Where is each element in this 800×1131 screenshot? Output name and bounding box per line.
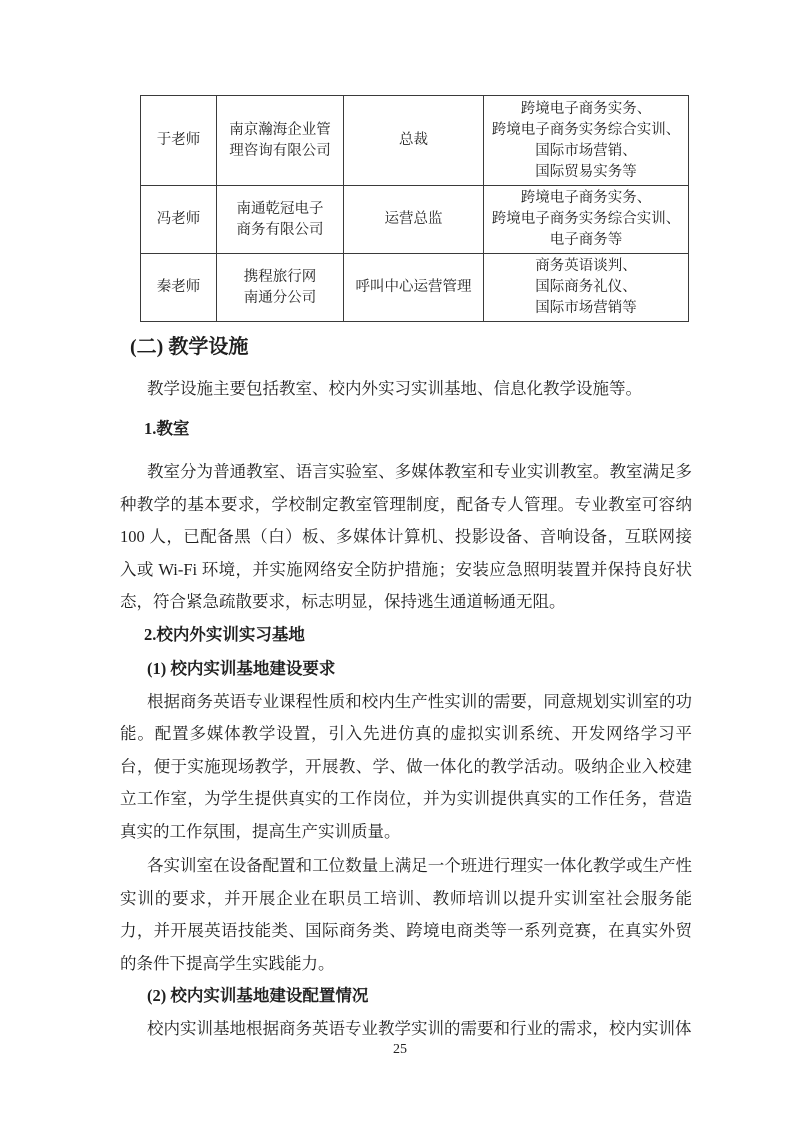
- position-cell: 总裁: [344, 96, 484, 186]
- teacher-name-cell: 秦老师: [141, 254, 217, 322]
- courses-cell: 跨境电子商务实务、 跨境电子商务实务综合实训、 国际市场营销、 国际贸易实务等: [484, 96, 689, 186]
- document-page: 于老师 南京瀚海企业管 理咨询有限公司 总裁 跨境电子商务实务、 跨境电子商务实…: [0, 0, 800, 1131]
- position-cell: 呼叫中心运营管理: [344, 254, 484, 322]
- courses-cell: 跨境电子商务实务、 跨境电子商务实务综合实训、 电子商务等: [484, 186, 689, 254]
- training-base-heading: 2.校内外实训实习基地: [120, 619, 692, 652]
- table-row: 冯老师 南通乾冠电子 商务有限公司 运营总监 跨境电子商务实务、 跨境电子商务实…: [141, 186, 689, 254]
- base-configuration-heading: (2) 校内实训基地建设配置情况: [120, 980, 692, 1013]
- base-requirements-heading: (1) 校内实训基地建设要求: [120, 653, 692, 686]
- page-content: 于老师 南京瀚海企业管 理咨询有限公司 总裁 跨境电子商务实务、 跨境电子商务实…: [120, 0, 692, 1045]
- company-cell: 携程旅行网 南通分公司: [217, 254, 344, 322]
- company-cell: 南京瀚海企业管 理咨询有限公司: [217, 96, 344, 186]
- section-heading: (二) 教学设施: [130, 332, 692, 362]
- base-requirements-paragraph-1: 根据商务英语专业课程性质和校内生产性实训的需要，同意规划实训室的功能。配置多媒体…: [120, 686, 692, 849]
- base-configuration-paragraph: 校内实训基地根据商务英语专业教学实训的需要和行业的需求，校内实训体: [120, 1013, 692, 1046]
- table-row: 于老师 南京瀚海企业管 理咨询有限公司 总裁 跨境电子商务实务、 跨境电子商务实…: [141, 96, 689, 186]
- teacher-name-cell: 冯老师: [141, 186, 217, 254]
- classroom-heading: 1.教室: [120, 413, 692, 446]
- table-row: 秦老师 携程旅行网 南通分公司 呼叫中心运营管理 商务英语谈判、 国际商务礼仪、…: [141, 254, 689, 322]
- company-cell: 南通乾冠电子 商务有限公司: [217, 186, 344, 254]
- page-number: 25: [0, 1042, 800, 1058]
- base-requirements-paragraph-2: 各实训室在设备配置和工位数量上满足一个班进行理实一体化教学或生产性实训的要求，并…: [120, 850, 692, 980]
- guest-teachers-table: 于老师 南京瀚海企业管 理咨询有限公司 总裁 跨境电子商务实务、 跨境电子商务实…: [140, 95, 689, 322]
- intro-paragraph: 教学设施主要包括教室、校内外实习实训基地、信息化教学设施等。: [120, 373, 692, 406]
- classroom-paragraph: 教室分为普通教室、语言实验室、多媒体教室和专业实训教室。教室满足多种教学的基本要…: [120, 456, 692, 619]
- teacher-name-cell: 于老师: [141, 96, 217, 186]
- courses-cell: 商务英语谈判、 国际商务礼仪、 国际市场营销等: [484, 254, 689, 322]
- position-cell: 运营总监: [344, 186, 484, 254]
